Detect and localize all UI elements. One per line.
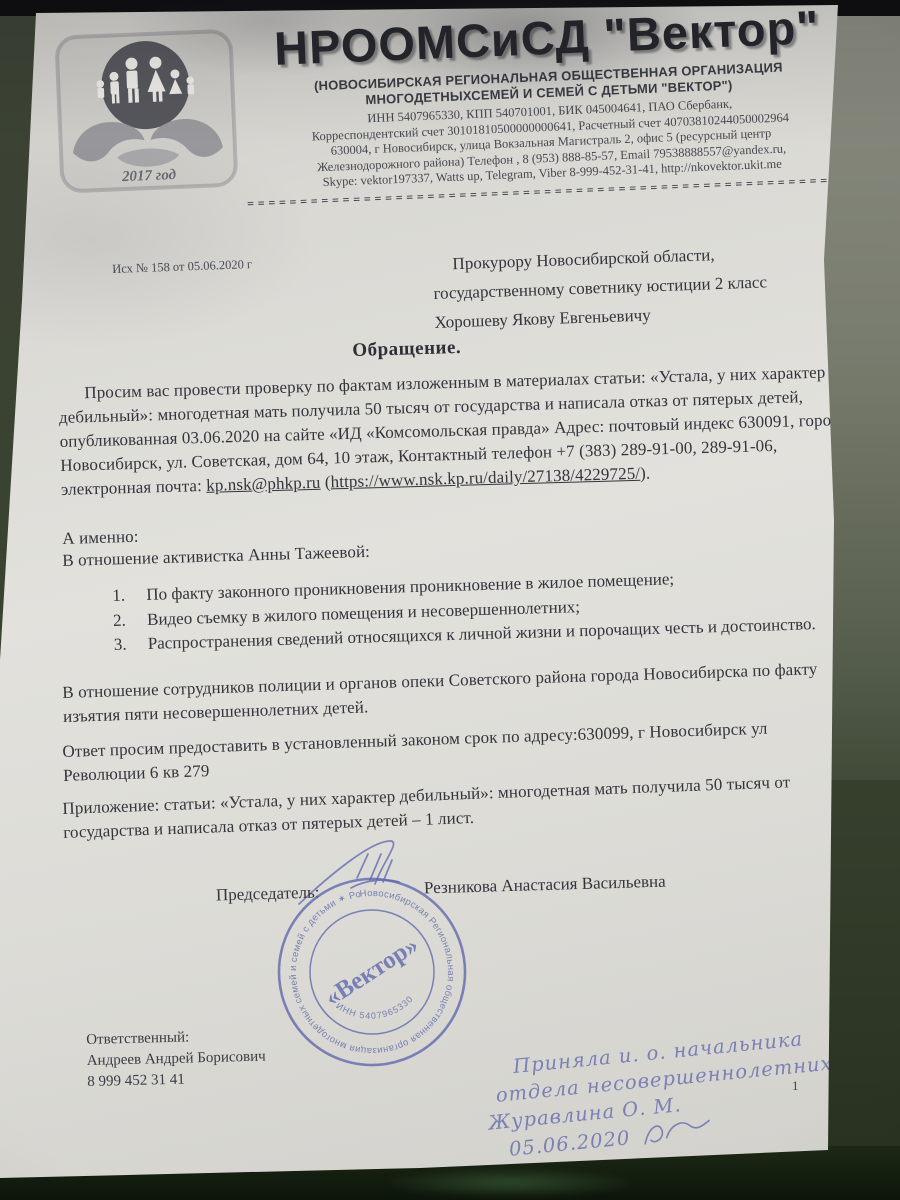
paragraph-request: Просим вас провести проверку по фактам и… bbox=[58, 360, 853, 502]
letter-page: 2017 год НРООМСиСД "Вектор" (НОВОСИБИРСК… bbox=[0, 0, 900, 1200]
photo-scene: 2017 год НРООМСиСД "Вектор" (НОВОСИБИРСК… bbox=[0, 0, 900, 1200]
responsible-block: Ответственный: Андреев Андрей Борисович … bbox=[86, 1026, 267, 1093]
handwritten-note: Приняла и. о. начальника отдела несоверш… bbox=[482, 1023, 839, 1165]
url-open-paren: ( bbox=[320, 472, 331, 491]
handwriting-signature bbox=[639, 1115, 715, 1150]
outgoing-number: Исх № 158 от 05.06.2020 г bbox=[112, 257, 252, 277]
list-item-number: 3. bbox=[113, 632, 148, 657]
page-number: 1 bbox=[792, 1078, 799, 1094]
responsible-name: Андреев Андрей Борисович bbox=[87, 1047, 266, 1072]
recipient-block: Прокурору Новосибирской области, государ… bbox=[432, 237, 820, 337]
article-url-link: https://www.nsk.kp.ru/daily/27138/422972… bbox=[330, 464, 640, 492]
email-link: kp.nsk@phkp.ru bbox=[206, 473, 321, 495]
org-logo-icon: 2017 год bbox=[52, 27, 240, 196]
org-stamp-icon: Новосибирская Региональная общественная … bbox=[258, 858, 487, 1087]
letterhead-text: НРООМСиСД "Вектор" (НОВОСИБИРСКАЯ РЕГИОН… bbox=[240, 0, 859, 210]
document-title: Обращение. bbox=[352, 337, 461, 362]
claims-list: 1. По факту законного проникновения прон… bbox=[112, 563, 820, 657]
responsible-phone: 8 999 452 31 41 bbox=[87, 1068, 266, 1093]
letterhead: 2017 год НРООМСиСД "Вектор" (НОВОСИБИРСК… bbox=[48, 0, 860, 223]
logo-year-label: 2017 год bbox=[121, 167, 177, 185]
background-reflection bbox=[380, 1168, 640, 1198]
list-item-number: 1. bbox=[112, 583, 147, 608]
list-item-number: 2. bbox=[113, 607, 148, 632]
url-close-paren: ). bbox=[640, 464, 651, 483]
